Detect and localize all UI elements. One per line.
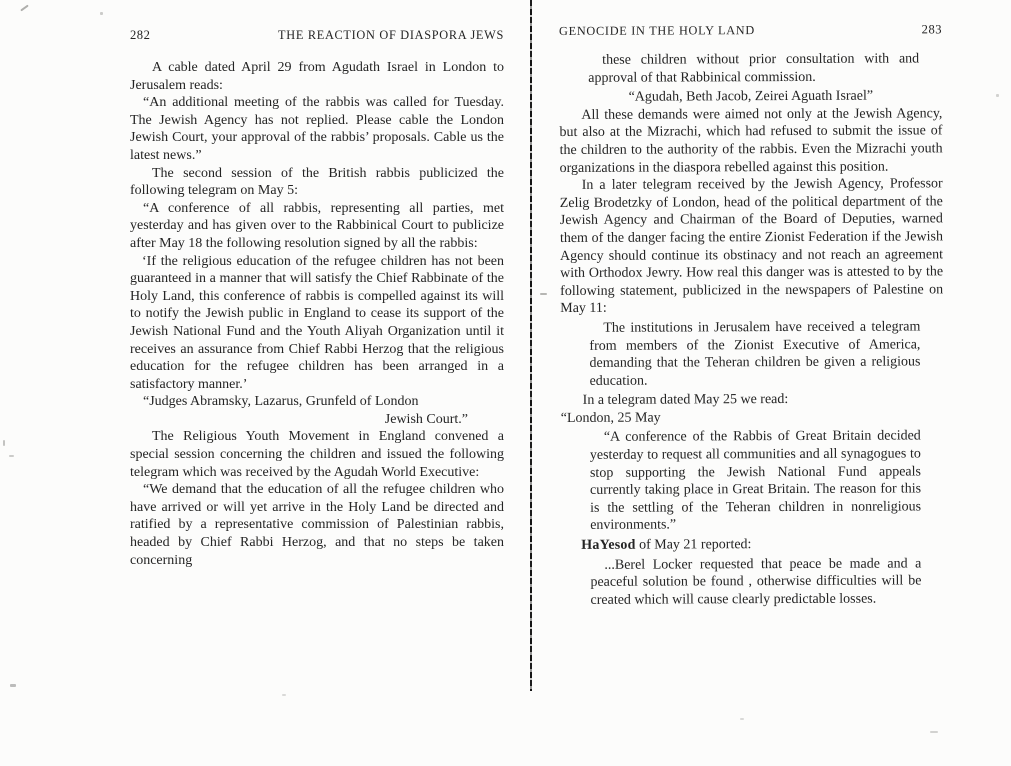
telegram-quote-conference: “A conference of all rabbis, representin… <box>130 200 504 253</box>
paragraph-brodetzky: In a later telegram received by the Jewi… <box>560 175 944 317</box>
intro-paragraph: A cable dated April 29 from Agudath Isra… <box>130 59 504 94</box>
book-scan-spread: 282 THE REACTION OF DIASPORA JEWS A cabl… <box>0 0 1011 766</box>
telegram-signature-agudah: “Agudah, Beth Jacob, Zeirei Aguath Israe… <box>559 88 942 107</box>
scan-speckle <box>100 12 103 15</box>
signature-block: “Judges Abramsky, Lazarus, Grunfeld of L… <box>130 393 504 428</box>
quote-institutions: The institutions in Jerusalem have recei… <box>589 318 920 390</box>
right-page-body: these children without prior consultatio… <box>559 50 944 609</box>
scan-speckle <box>10 684 16 687</box>
paragraph-second-session: The second session of the British rabbis… <box>130 165 504 200</box>
hayesod-title: HaYesod <box>581 538 635 553</box>
quote-berel-locker: ...Berel Locker requested that peace be … <box>590 555 921 609</box>
quote-conference-rabbis: “A conference of the Rabbis of Great Bri… <box>590 428 921 535</box>
signature-court: Jewish Court.” <box>130 411 504 429</box>
scan-speckle <box>9 455 14 457</box>
scan-speckle <box>3 440 5 446</box>
paragraph-demands: All these demands were aimed not only at… <box>559 105 942 177</box>
telegram-quote-demand: “We demand that the education of all the… <box>130 481 504 569</box>
resolution-quote: ‘If the religious education of the refug… <box>130 253 504 394</box>
telegram-quote-demand-continued: these children without prior consultatio… <box>588 50 919 87</box>
scan-speckle <box>20 5 29 12</box>
paragraph-youth-movement: The Religious Youth Movement in England … <box>130 428 504 481</box>
paragraph-hayesod: HaYesod of May 21 reported: <box>561 535 944 554</box>
hayesod-rest: of May 21 reported: <box>636 537 752 553</box>
telegram-quote-agudath: “An additional meeting of the rabbis was… <box>130 94 504 164</box>
scan-speckle <box>930 731 938 733</box>
scan-speckle <box>282 694 286 696</box>
scan-speckle <box>996 94 999 97</box>
left-page-body: A cable dated April 29 from Agudath Isra… <box>130 59 504 569</box>
left-page: 282 THE REACTION OF DIASPORA JEWS A cabl… <box>130 28 504 569</box>
page-gutter-line <box>530 0 532 691</box>
quote-dateline-london: “London, 25 May <box>561 408 944 427</box>
scan-speckle <box>540 293 547 295</box>
left-page-number: 282 <box>130 28 150 43</box>
paragraph-telegram-may25: In a telegram dated May 25 we read: <box>561 391 944 410</box>
right-page-number: 283 <box>922 22 942 37</box>
left-running-header-row: 282 THE REACTION OF DIASPORA JEWS <box>130 28 504 43</box>
left-running-title: THE REACTION OF DIASPORA JEWS <box>278 28 504 43</box>
right-running-header-row: GENOCIDE IN THE HOLY LAND 283 <box>559 22 942 39</box>
right-page: GENOCIDE IN THE HOLY LAND 283 these chil… <box>559 22 945 611</box>
right-running-title: GENOCIDE IN THE HOLY LAND <box>559 23 755 39</box>
signature-judges: “Judges Abramsky, Lazarus, Grunfeld of L… <box>130 393 504 411</box>
scan-speckle <box>740 718 744 720</box>
